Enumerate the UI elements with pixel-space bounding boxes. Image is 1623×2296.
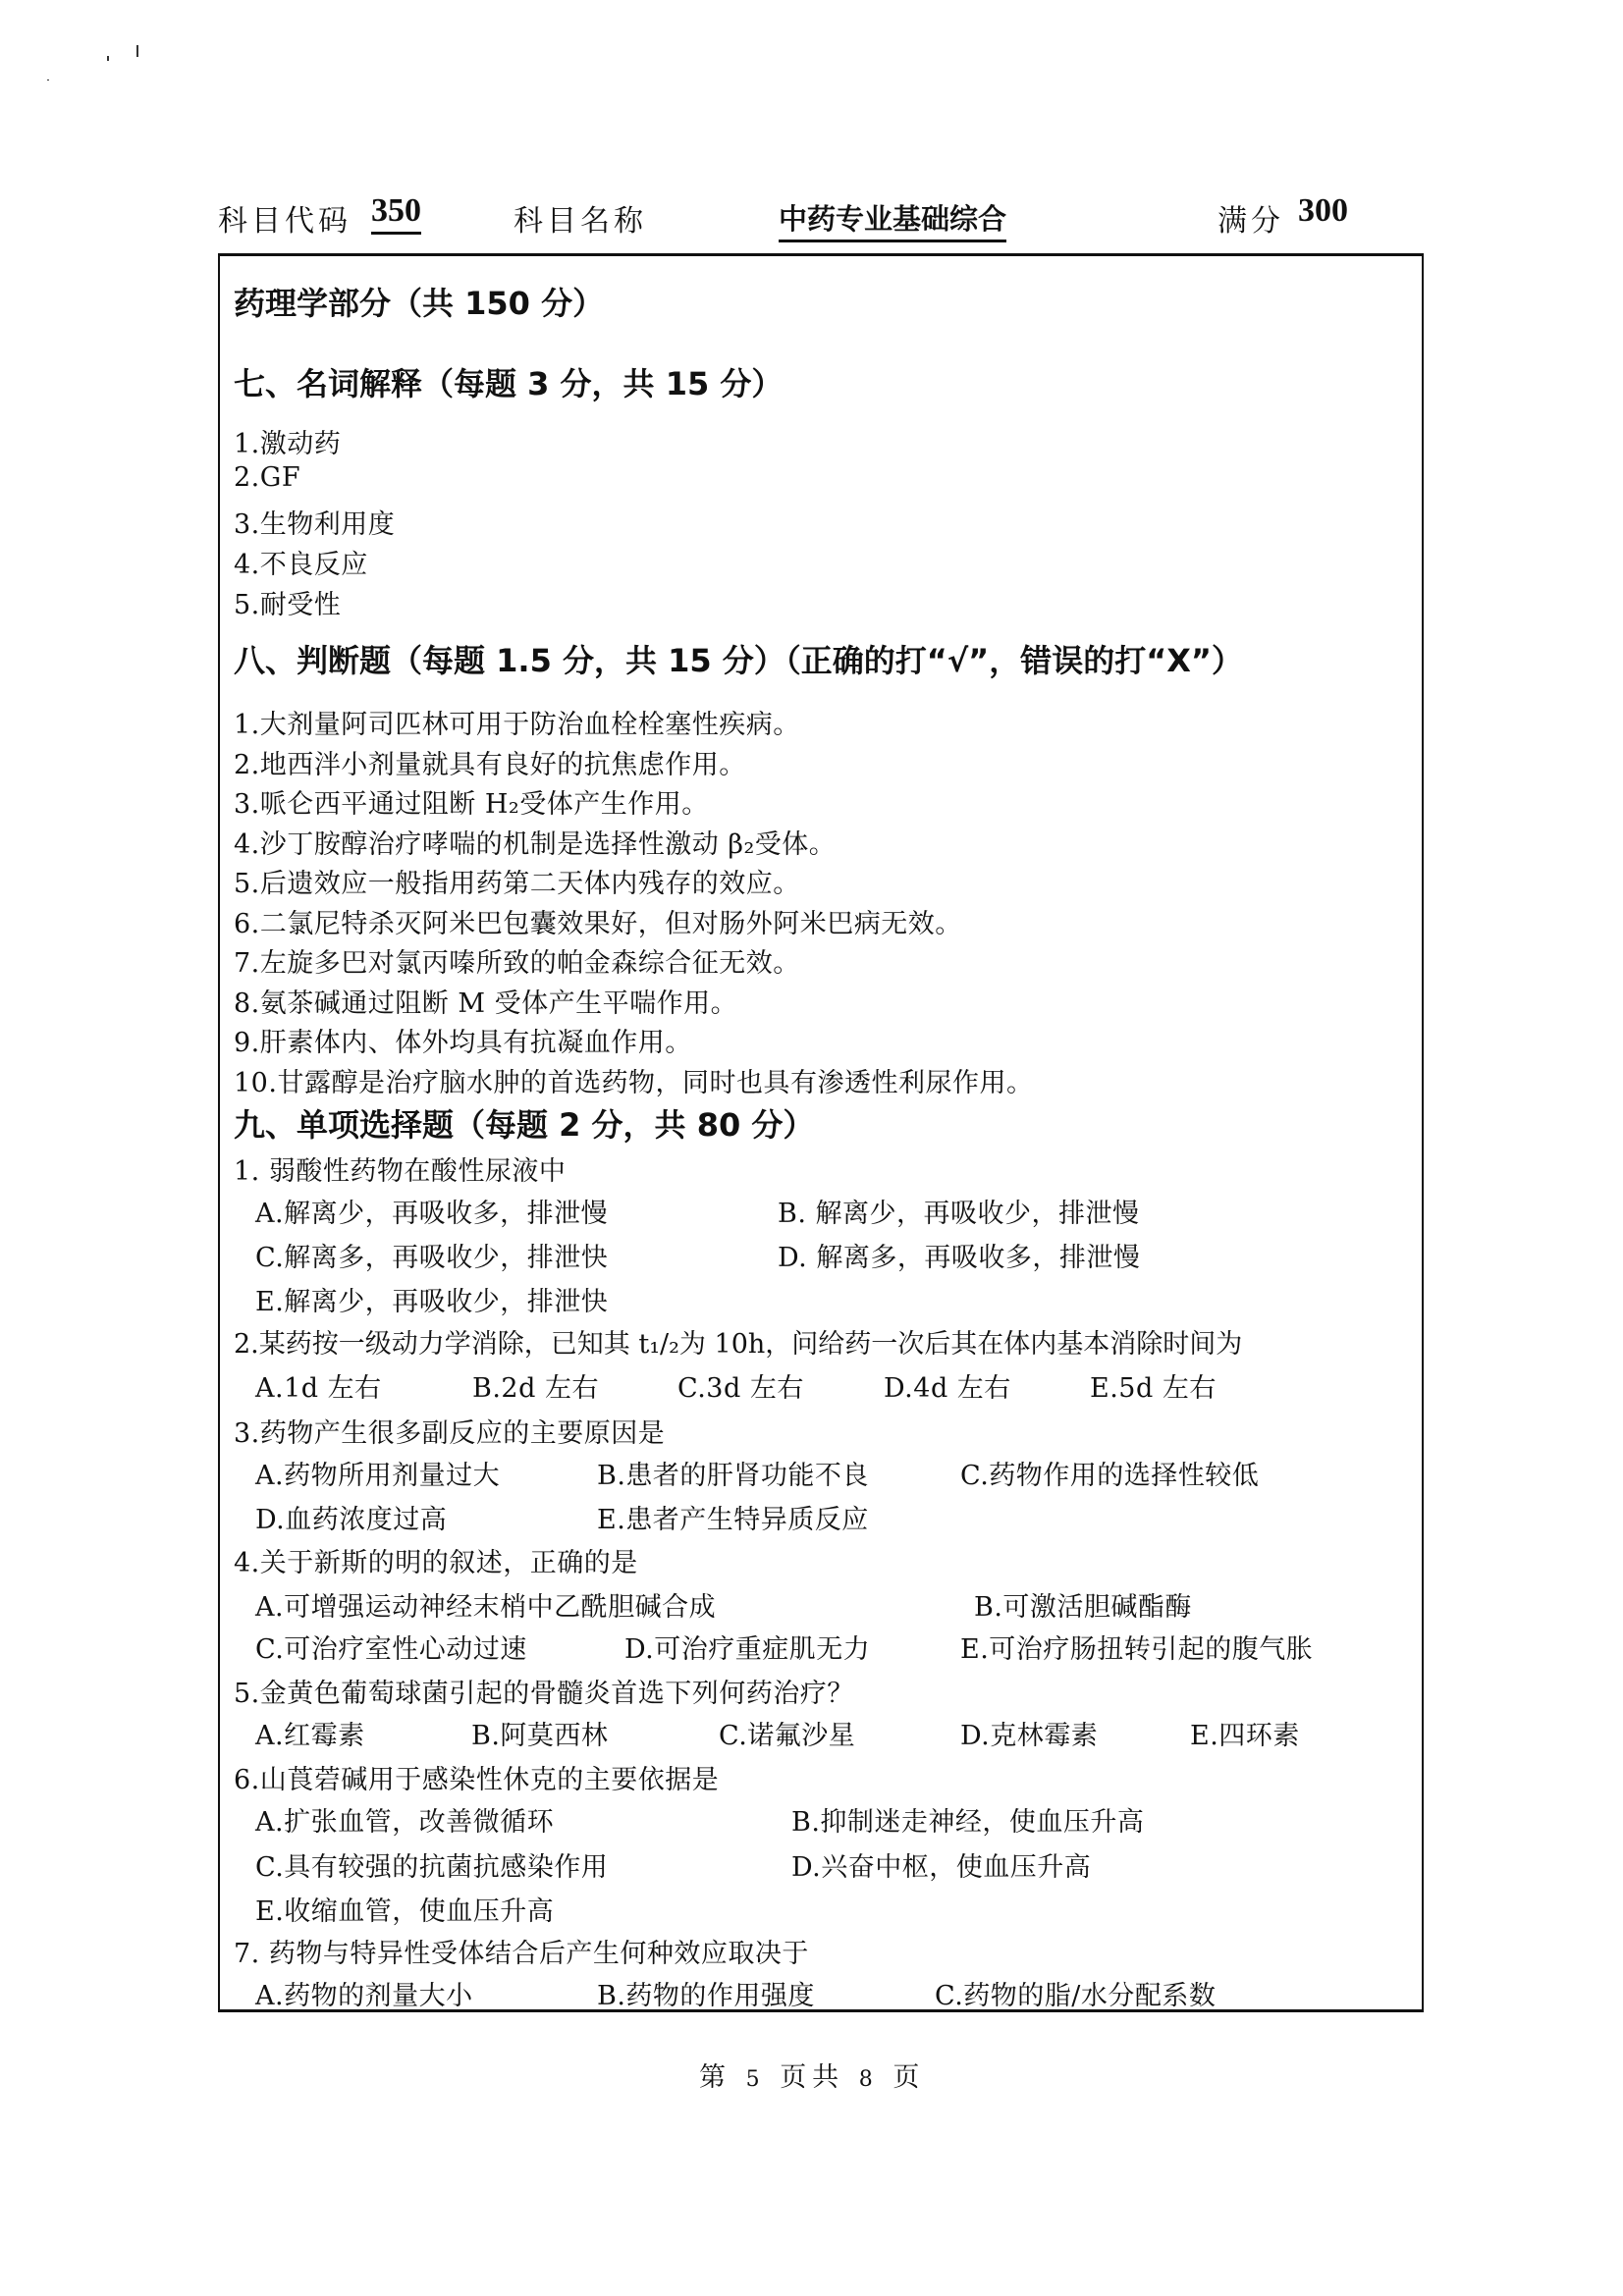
list-item: 3.生物利用度	[234, 503, 395, 541]
list-item: 10.甘露醇是治疗脑水肿的首选药物，同时也具有渗透性利尿作用。	[234, 1061, 1033, 1099]
part-title: 药理学部分（共 150 分）	[234, 279, 604, 324]
section-title: 八、判断题（每题 1.5 分，共 15 分）（正确的打“√”，错误的打“X”）	[234, 636, 1243, 681]
option: A.1d 左右	[255, 1366, 382, 1405]
option: E.5d 左右	[1090, 1366, 1217, 1405]
list-item: 1.大剂量阿司匹林可用于防治血栓栓塞性疾病。	[234, 703, 800, 741]
footer-middle: 页共	[780, 2062, 844, 2093]
list-item: 6.二氯尼特杀灭阿米巴包囊效果好，但对肠外阿米巴病无效。	[234, 902, 962, 940]
section-title: 九、单项选择题（每题 2 分，共 80 分）	[234, 1100, 814, 1146]
option: C.药物的脂/水分配系数	[935, 1974, 1216, 2012]
page-footer: 第 5 页共 8 页	[699, 2056, 925, 2094]
list-item: 2.GF	[234, 462, 300, 493]
option: B.抑制迷走神经，使血压升高	[791, 1800, 1144, 1839]
question-stem: 2.某药按一级动力学消除，已知其 t₁/₂为 10h，问给药一次后其在体内基本消…	[234, 1322, 1242, 1361]
option: E.可治疗肠扭转引起的腹气胀	[960, 1628, 1313, 1666]
option: C.诺氟沙星	[719, 1714, 855, 1752]
full-score-label: 满分	[1217, 196, 1284, 240]
option: E.解离少，再吸收少，排泄快	[255, 1280, 608, 1318]
option: B.可激活胆碱酯酶	[974, 1585, 1192, 1624]
subject-name-value: 中药专业基础综合	[779, 197, 1006, 242]
question-stem: 7. 药物与特异性受体结合后产生何种效应取决于	[234, 1932, 809, 1970]
option: A.解离少，再吸收多，排泄慢	[255, 1192, 608, 1230]
list-item: 8.氨茶碱通过阻断 M 受体产生平喘作用。	[234, 982, 737, 1020]
list-item: 1.激动药	[234, 422, 341, 460]
option: B. 解离少，再吸收少，排泄慢	[778, 1192, 1140, 1230]
subject-name-label: 科目名称	[514, 196, 647, 240]
option: A.药物的剂量大小	[255, 1974, 473, 2012]
list-item: 2.地西泮小剂量就具有良好的抗焦虑作用。	[234, 743, 746, 781]
option: A.药物所用剂量过大	[255, 1454, 500, 1492]
option: B.2d 左右	[472, 1366, 599, 1405]
option: B.患者的肝肾功能不良	[597, 1454, 869, 1492]
page-total: 8	[859, 2067, 879, 2092]
option: D.兴奋中枢，使血压升高	[791, 1845, 1091, 1884]
list-item: 5.后遗效应一般指用药第二天体内残存的效应。	[234, 862, 800, 900]
section-title: 七、名词解释（每题 3 分，共 15 分）	[234, 359, 783, 404]
footer-suffix: 页	[893, 2062, 925, 2093]
footer-prefix: 第	[699, 2062, 731, 2093]
scan-speck	[136, 45, 138, 57]
list-item: 3.哌仑西平通过阻断 H₂受体产生作用。	[234, 782, 709, 821]
question-stem: 3.药物产生很多副反应的主要原因是	[234, 1412, 665, 1450]
list-item: 4.沙丁胺醇治疗哮喘的机制是选择性激动 β₂受体。	[234, 823, 836, 861]
question-stem: 5.金黄色葡萄球菌引起的骨髓炎首选下列何药治疗？	[234, 1672, 854, 1710]
option: E.收缩血管，使血压升高	[255, 1890, 554, 1928]
list-item: 7.左旋多巴对氯丙嗪所致的帕金森综合征无效。	[234, 941, 800, 980]
subject-code-label: 科目代码	[218, 196, 352, 240]
scan-speck	[107, 56, 109, 61]
option: A.可增强运动神经末梢中乙酰胆碱合成	[255, 1585, 716, 1624]
option: D.血药浓度过高	[255, 1498, 447, 1536]
option: D. 解离多，再吸收多，排泄慢	[778, 1236, 1140, 1274]
option: C.具有较强的抗菌抗感染作用	[255, 1845, 608, 1884]
option: A.红霉素	[255, 1714, 365, 1752]
subject-code-value: 350	[371, 192, 421, 235]
option: E.四环素	[1190, 1714, 1300, 1752]
option: C.解离多，再吸收少，排泄快	[255, 1236, 608, 1274]
option: E.患者产生特异质反应	[597, 1498, 869, 1536]
option: C.3d 左右	[677, 1366, 804, 1405]
question-stem: 1. 弱酸性药物在酸性尿液中	[234, 1149, 566, 1188]
option: B.药物的作用强度	[597, 1974, 815, 2012]
option: B.阿莫西林	[471, 1714, 608, 1752]
page-number: 5	[746, 2067, 766, 2092]
list-item: 4.不良反应	[234, 543, 368, 581]
list-item: 5.耐受性	[234, 583, 341, 621]
option: C.药物作用的选择性较低	[960, 1454, 1259, 1492]
list-item: 9.肝素体内、体外均具有抗凝血作用。	[234, 1021, 692, 1059]
option: A.扩张血管，改善微循环	[255, 1800, 554, 1839]
option: D.可治疗重症肌无力	[624, 1628, 870, 1666]
option: D.4d 左右	[884, 1366, 1011, 1405]
question-stem: 4.关于新斯的明的叙述，正确的是	[234, 1541, 638, 1579]
option: D.克林霉素	[960, 1714, 1098, 1752]
question-stem: 6.山莨菪碱用于感染性休克的主要依据是	[234, 1758, 719, 1796]
scan-speck	[47, 80, 49, 80]
option: C.可治疗室性心动过速	[255, 1628, 527, 1666]
full-score-value: 300	[1298, 192, 1348, 230]
